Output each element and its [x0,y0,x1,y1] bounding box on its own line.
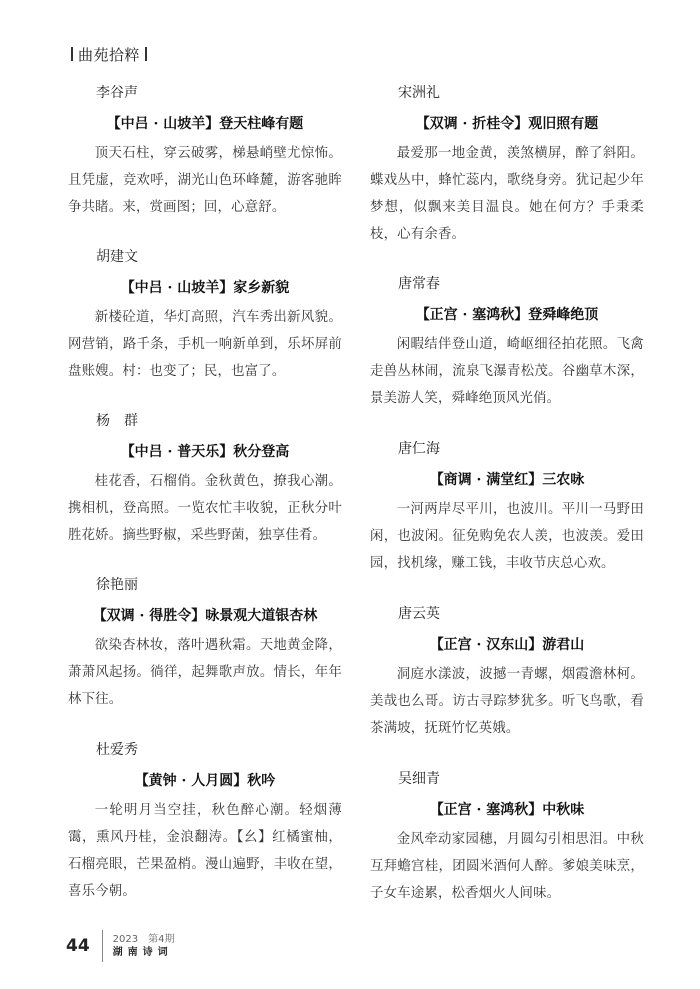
journal-name: 湖南诗词 [113,946,175,960]
poem-body: 一河两岸尽平川，也波川。平川一马野田闲，也波闲。征免购免农人羡，也波羡。爱田园，… [370,496,644,577]
poem-author: 胡建文 [68,246,342,268]
poem-body: 金风牵动家园穗，月圆勾引相思泪。中秋互拜蟾宫桂，团圆米酒何人醉。爹娘美味烹，子女… [370,826,644,907]
poem-author: 吴细青 [370,768,644,790]
poem-author: 唐云英 [370,603,644,625]
poem: 李谷声 【中吕 · 山坡羊】登天柱峰有题 顶天石柱，穿云破雾，梯悬峭壁尤惊怖。且… [68,82,342,221]
poem: 唐仁海 【商调 · 满堂红】三农咏 一河两岸尽平川，也波川。平川一马野田闲，也波… [370,438,644,577]
poem-author: 徐艳丽 [68,574,342,596]
poem-body: 闲暇结伴登山道，崎岖细径拍花照。飞禽走兽丛林闹，流泉飞瀑青松茂。谷幽草木深，景美… [370,331,644,412]
poem: 唐云英 【正宫 · 汉东山】游君山 洞庭水漾波，波撼一青螺，烟霞澹林柯。美哉也么… [370,603,644,742]
poem-title: 【正宫 · 汉东山】游君山 [370,633,644,657]
poem-author: 李谷声 [68,82,342,104]
poem-author: 唐仁海 [370,438,644,460]
divider-bar [71,47,73,61]
poem-title: 【正宫 · 塞鸿秋】登舜峰绝顶 [370,303,644,327]
page-number: 44 [66,936,90,956]
poem-body: 新楼砼道，华灯高照，汽车秀出新风貌。网营销，路千条，手机一响新单到，乐坏屏前盘账… [68,304,342,385]
poem: 杨 群 【中吕 · 普天乐】秋分登高 桂花香，石榴俏。金秋黄色，撩我心潮。携相机… [68,410,342,549]
poem-title: 【正宫 · 塞鸿秋】中秋味 [370,798,644,822]
poem-body: 欲染杏林妆，落叶遇秋霜。天地黄金降，萧萧风起扬。徜徉，起舞歌声放。情长，年年林下… [68,632,342,713]
poem-title: 【黄钟 · 人月圆】秋吟 [68,769,342,793]
poem-title: 【中吕 · 山坡羊】登天柱峰有题 [68,112,342,136]
poem-author: 宋洲礼 [370,82,644,104]
poem-body: 桂花香，石榴俏。金秋黄色，撩我心潮。携相机，登高照。一览农忙丰收貌，正秋分叶胜花… [68,468,342,549]
poem-author: 杜爱秀 [68,739,342,761]
poem: 胡建文 【中吕 · 山坡羊】家乡新貌 新楼砼道，华灯高照，汽车秀出新风貌。网营销… [68,246,342,385]
divider-bar [145,47,147,61]
poem: 徐艳丽 【双调 · 得胜令】咏景观大道银杏林 欲染杏林妆，落叶遇秋霜。天地黄金降… [68,574,342,713]
page-footer: 44 2023 第4期 湖南诗词 [66,930,174,962]
poem: 唐常春 【正宫 · 塞鸿秋】登舜峰绝顶 闲暇结伴登山道，崎岖细径拍花照。飞禽走兽… [370,273,644,412]
poem-author: 杨 群 [68,410,342,432]
poem-body: 最爱那一地金黄，羡煞横屏，醉了斜阳。蝶戏丛中，蜂忙蕊内，歌绕身旁。犹记起少年梦想… [370,140,644,248]
poem-body: 顶天石柱，穿云破雾，梯悬峭壁尤惊怖。且凭虚，竞欢呼，湖光山色环峰麓，游客驰眸争共… [68,140,342,221]
issue-label: 2023 第4期 [113,933,175,946]
poem: 杜爱秀 【黄钟 · 人月圆】秋吟 一轮明月当空挂，秋色醉心潮。轻烟薄霭，熏风丹桂… [68,739,342,905]
poem: 宋洲礼 【双调 · 折桂令】观旧照有题 最爱那一地金黄，羡煞横屏，醉了斜阳。蝶戏… [370,82,644,248]
poem-title: 【双调 · 得胜令】咏景观大道银杏林 [68,604,342,628]
publication-info: 2023 第4期 湖南诗词 [113,933,175,960]
section-title: 曲苑拾粹 [78,46,140,64]
section-header: 曲苑拾粹 [66,44,152,65]
poem-title: 【中吕 · 山坡羊】家乡新貌 [68,276,342,300]
poem: 吴细青 【正宫 · 塞鸿秋】中秋味 金风牵动家园穗，月圆勾引相思泪。中秋互拜蟾宫… [370,768,644,907]
poem-body: 洞庭水漾波，波撼一青螺，烟霞澹林柯。美哉也么哥。访古寻踪梦犹多。听飞鸟歌，看茶满… [370,661,644,742]
poem-title: 【中吕 · 普天乐】秋分登高 [68,440,342,464]
poem-title: 【商调 · 满堂红】三农咏 [370,468,644,492]
poem-author: 唐常春 [370,273,644,295]
poem-body: 一轮明月当空挂，秋色醉心潮。轻烟薄霭，熏风丹桂，金浪翻涛。【幺】红橘蜜柚，石榴亮… [68,797,342,905]
poem-title: 【双调 · 折桂令】观旧照有题 [370,112,644,136]
footer-divider [102,930,103,962]
